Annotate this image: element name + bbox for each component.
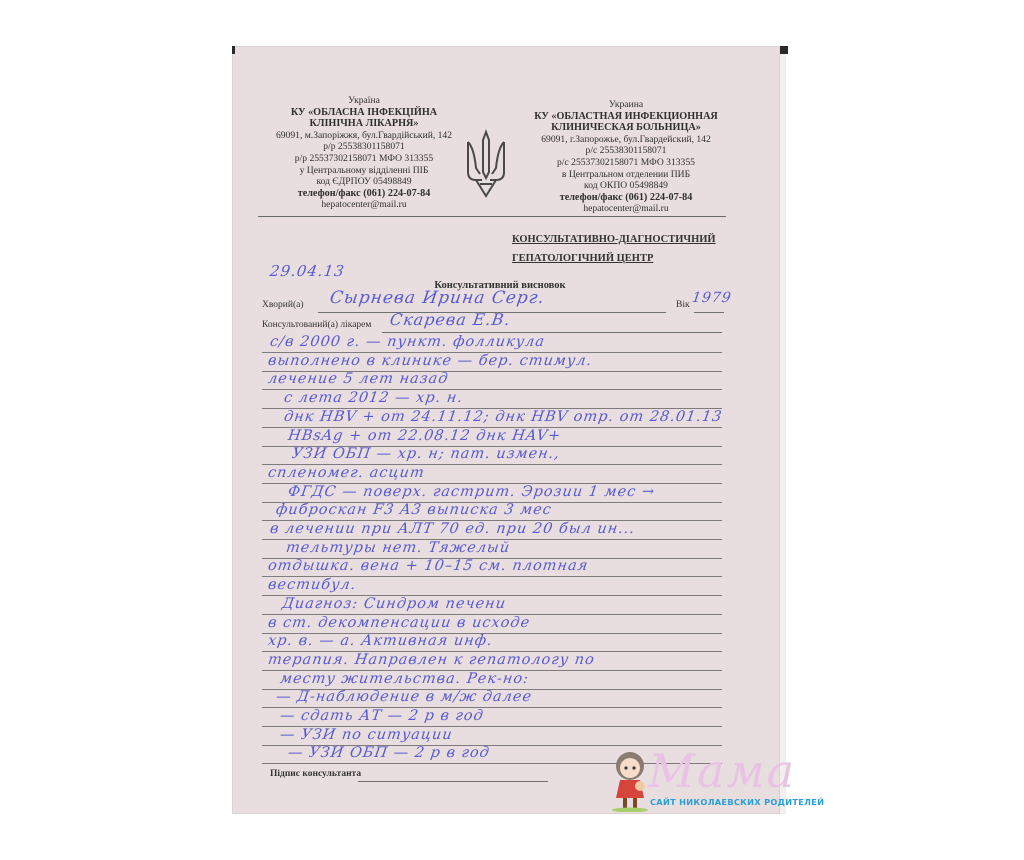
doctor-value: Скарева Е.В. — [389, 310, 512, 329]
account-1: р/р 25538301158071 — [258, 141, 470, 153]
country: Україна — [258, 95, 470, 107]
header-divider — [258, 216, 726, 217]
center-title: КОНСУЛЬТАТИВНО-ДІАГНОСТИЧНИЙ ГЕПАТОЛОГІЧ… — [512, 230, 742, 268]
bank: в Центральном отделении ПИБ — [520, 169, 732, 181]
signature-label: Підпис консультанта — [270, 769, 361, 779]
doctor-underline — [382, 332, 722, 333]
watermark-script: Мама — [648, 744, 796, 798]
patient-value: Сырнева Ирина Серг. — [329, 288, 547, 308]
handwritten-line: тельтуры нет. Тяжелый — [285, 540, 511, 556]
handwritten-line: хр. в. — а. Активная инф. — [267, 633, 494, 649]
handwritten-line: с лета 2012 — хр. н. — [283, 390, 464, 406]
handwritten-line: в ст. декомпенсации в исходе — [267, 615, 531, 631]
handwritten-line: фиброскан F3 A3 выписка 3 мес — [275, 502, 553, 518]
handwritten-date: 29.04.13 — [269, 262, 346, 280]
handwritten-line: ФГДС — поверх. гастрит. Эрозии 1 мес → — [287, 484, 656, 500]
handwritten-line: с/в 2000 г. — пункт. фолликула — [269, 334, 546, 350]
handwritten-line: — УЗИ ОБП — 2 р в год — [287, 745, 491, 761]
handwritten-line: вестибул. — [267, 577, 358, 593]
scan-edge — [780, 54, 786, 814]
center-title-line1: КОНСУЛЬТАТИВНО-ДІАГНОСТИЧНИЙ — [512, 230, 742, 249]
watermark-subtitle: САЙТ НИКОЛАЕВСКИХ РОДИТЕЛЕЙ — [650, 797, 824, 807]
handwritten-line: отдышка. вена + 10–15 см. плотная — [267, 558, 590, 574]
handwritten-line: месту жительства. Рек-но: — [279, 671, 530, 687]
handwritten-line: — Д-наблюдение в м/ж далее — [275, 689, 533, 705]
age-value: 1979 — [691, 290, 733, 306]
age-label: Вік — [676, 300, 690, 310]
patient-label: Хворий(а) — [262, 300, 304, 310]
bank: у Центральному відділенні ПІБ — [258, 165, 470, 177]
age-underline — [694, 312, 724, 313]
handwritten-line: — сдать АТ — 2 р в год — [279, 708, 485, 724]
handwritten-line: УЗИ ОБП — хр. н; пат. измен., — [291, 446, 561, 462]
handwritten-line: лечение 5 лет назад — [267, 371, 450, 387]
email: hepatocenter@mail.ru — [520, 203, 732, 215]
girl-illustration-icon — [608, 750, 652, 812]
org-name-line1: КУ «ОБЛАСНА ІНФЕКЦІЙНА — [258, 107, 470, 119]
handwritten-line: спленомег. асцит — [267, 465, 426, 481]
handwritten-line: выполнено в клинике — бер. стимул. — [267, 353, 593, 369]
phone: телефон/факс (061) 224-07-84 — [258, 188, 470, 200]
account-1: р/с 25538301158071 — [520, 145, 732, 157]
handwritten-line: HBsAg + от 22.08.12 днк HAV+ — [287, 428, 562, 444]
handwritten-line: терапия. Направлен к гепатологу по — [267, 652, 596, 668]
scan-shadow-corner — [232, 46, 235, 54]
handwritten-line: — УЗИ по ситуации — [279, 727, 454, 743]
trident-coat-of-arms-icon — [458, 128, 514, 200]
address: 69091, г.Запорожье, бул.Гвардейский, 142 — [520, 134, 732, 146]
org-name-line2: КЛІНІЧНА ЛІКАРНЯ» — [258, 118, 470, 130]
handwritten-line: Диагноз: Синдром печени — [281, 596, 507, 612]
watermark-logo: Мама САЙТ НИКОЛАЕВСКИХ РОДИТЕЛЕЙ — [608, 748, 792, 814]
center-title-line2: ГЕПАТОЛОГІЧНИЙ ЦЕНТР — [512, 249, 742, 268]
phone: телефон/факс (061) 224-07-84 — [520, 192, 732, 204]
handwritten-line: в лечении при АЛТ 70 ед. при 20 был ин..… — [269, 521, 636, 537]
letterhead-ukrainian: Україна КУ «ОБЛАСНА ІНФЕКЦІЙНА КЛІНІЧНА … — [258, 95, 470, 211]
account-2: р/с 25537302158071 МФО 313355 — [520, 157, 732, 169]
scan-shadow-corner — [780, 46, 788, 54]
letterhead-russian: Украина КУ «ОБЛАСТНАЯ ИНФЕКЦИОННАЯ КЛИНИ… — [520, 99, 732, 215]
org-code: код ОКПО 05498849 — [520, 180, 732, 192]
country: Украина — [520, 99, 732, 111]
signature-underline — [358, 781, 548, 782]
account-2: р/р 25537302158071 МФО 313355 — [258, 153, 470, 165]
org-name-line1: КУ «ОБЛАСТНАЯ ИНФЕКЦИОННАЯ — [520, 111, 732, 123]
org-name-line2: КЛИНИЧЕСКАЯ БОЛЬНИЦА» — [520, 122, 732, 134]
address: 69091, м.Запоріжжя, бул.Гвардійський, 14… — [258, 130, 470, 142]
handwritten-line: днк HBV + от 24.11.12; днк HBV отр. от 2… — [283, 409, 724, 425]
org-code: код ЄДРПОУ 05498849 — [258, 176, 470, 188]
email: hepatocenter@mail.ru — [258, 199, 470, 211]
doctor-label: Консультований(а) лікарем — [262, 320, 371, 330]
